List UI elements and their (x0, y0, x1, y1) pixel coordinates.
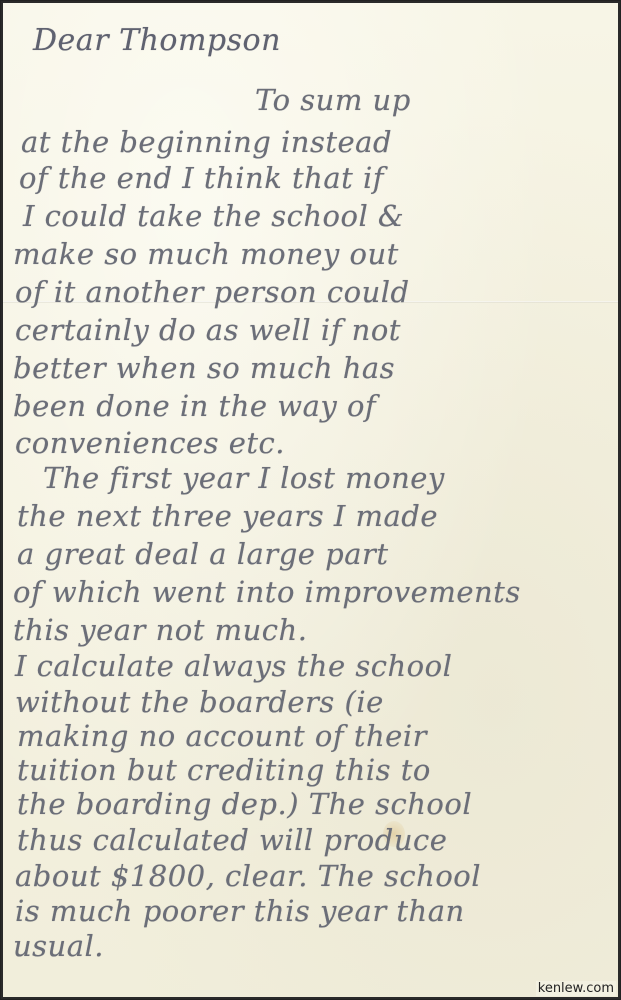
letter-line-13: a great deal a large part (17, 537, 389, 571)
letter-line-12: the next three years I made (17, 499, 438, 533)
letter-line-5: make so much money out (13, 237, 399, 271)
letter-line-17: without the boarders (ie (15, 685, 384, 719)
letter-line-22: about $1800, clear. The school (15, 859, 481, 893)
letter-line-7: certainly do as well if not (15, 313, 401, 347)
letter-line-19: tuition but crediting this to (17, 753, 431, 787)
letter-line-18: making no account of their (17, 719, 427, 753)
letter-page: Dear Thompson To sum up at the beginning… (0, 0, 621, 1000)
letter-line-20: the boarding dep.) The school (17, 787, 472, 821)
watermark: kenlew.com (536, 981, 616, 996)
letter-line-14: of which went into improvements (13, 575, 521, 609)
letter-line-4: I could take the school & (23, 199, 404, 233)
letter-line-21: thus calculated will produce (17, 823, 447, 857)
letter-line-1: To sum up (255, 83, 411, 117)
letter-line-15: this year not much. (13, 613, 307, 647)
letter-line-24: usual. (13, 929, 104, 963)
letter-line-16: I calculate always the school (15, 649, 452, 683)
salutation: Dear Thompson (33, 23, 281, 58)
letter-line-8: better when so much has (13, 351, 395, 385)
letter-line-11: The first year I lost money (43, 461, 445, 495)
letter-line-6: of it another person could (15, 275, 410, 309)
letter-line-10: conveniences etc. (15, 426, 285, 460)
letter-line-23: is much poorer this year than (15, 894, 465, 928)
letter-line-9: been done in the way of (13, 389, 376, 423)
letter-line-3: of the end I think that if (19, 161, 384, 195)
letter-line-2: at the beginning instead (21, 125, 392, 159)
